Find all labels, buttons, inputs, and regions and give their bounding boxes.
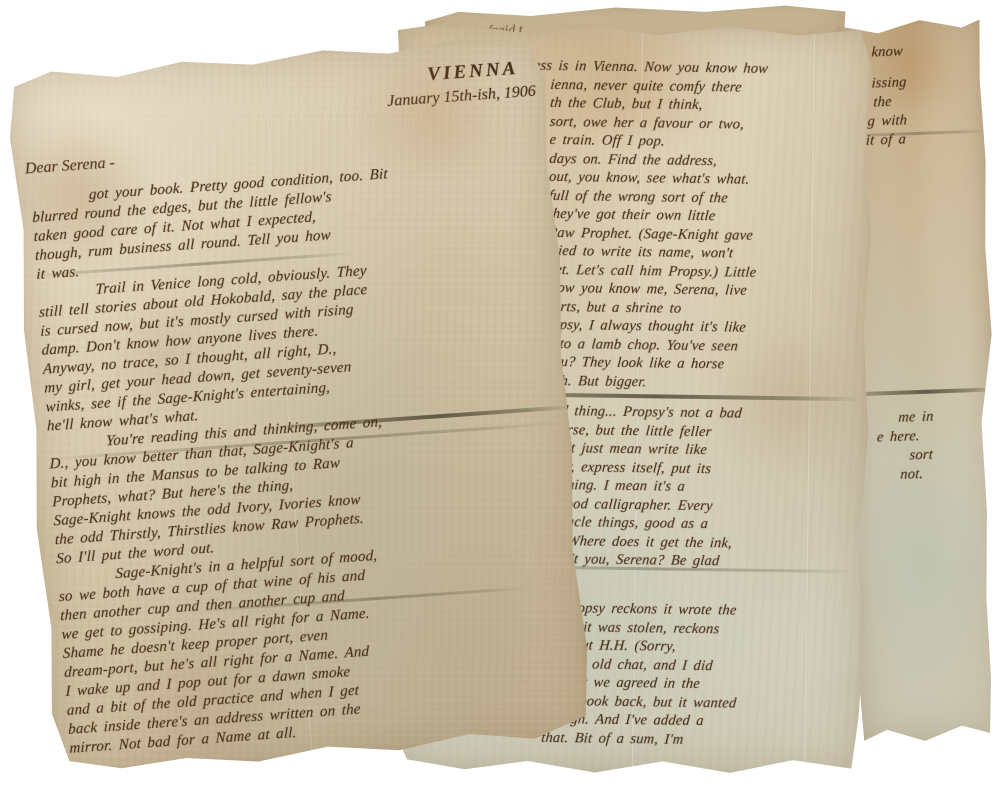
letter-page-1: VIENNA January 15th-ish, 1906 Dear Seren…	[2, 30, 595, 778]
letter-line: u.	[543, 568, 869, 591]
fold-crease	[845, 387, 995, 396]
letter-line-fragment: not.	[848, 462, 999, 486]
letter-line: that. Bit of a sum, I'm	[540, 728, 866, 751]
letter-line: fish. But bigger.	[545, 371, 871, 394]
letter-scan: afraid t knowre missingr theing with. Bi…	[0, 0, 1000, 798]
